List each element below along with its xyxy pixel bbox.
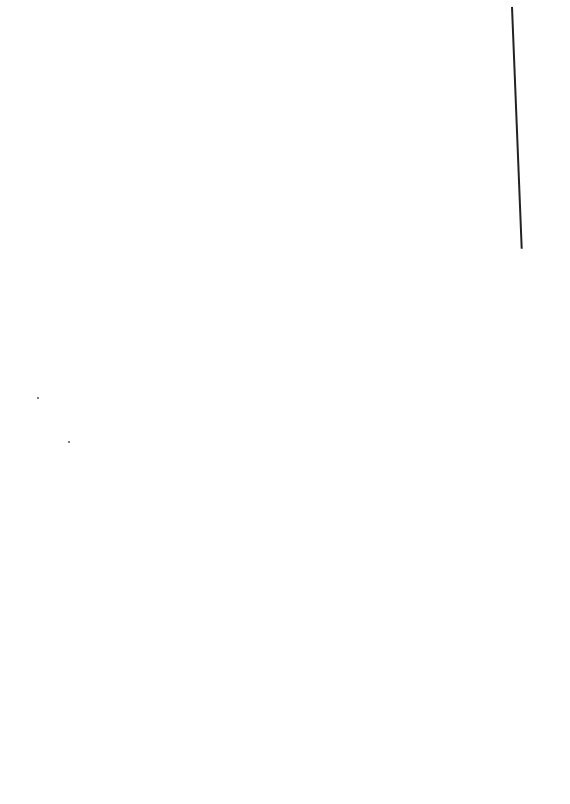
scan-speck — [68, 441, 70, 443]
reference-item-7 — [104, 586, 476, 606]
reference-item-9 — [114, 686, 486, 706]
scan-speck — [37, 397, 39, 399]
chapter-title — [0, 128, 570, 150]
reference-item-6 — [104, 535, 476, 555]
section-title — [0, 195, 570, 211]
reference-item-3 — [104, 412, 476, 432]
clause-511-line-1 — [76, 237, 476, 257]
reference-item-8 — [104, 636, 476, 656]
reference-item-2 — [104, 362, 476, 382]
reference-item-1 — [104, 312, 476, 332]
reference-item-5 — [104, 510, 476, 530]
reference-item-4 — [104, 460, 476, 480]
